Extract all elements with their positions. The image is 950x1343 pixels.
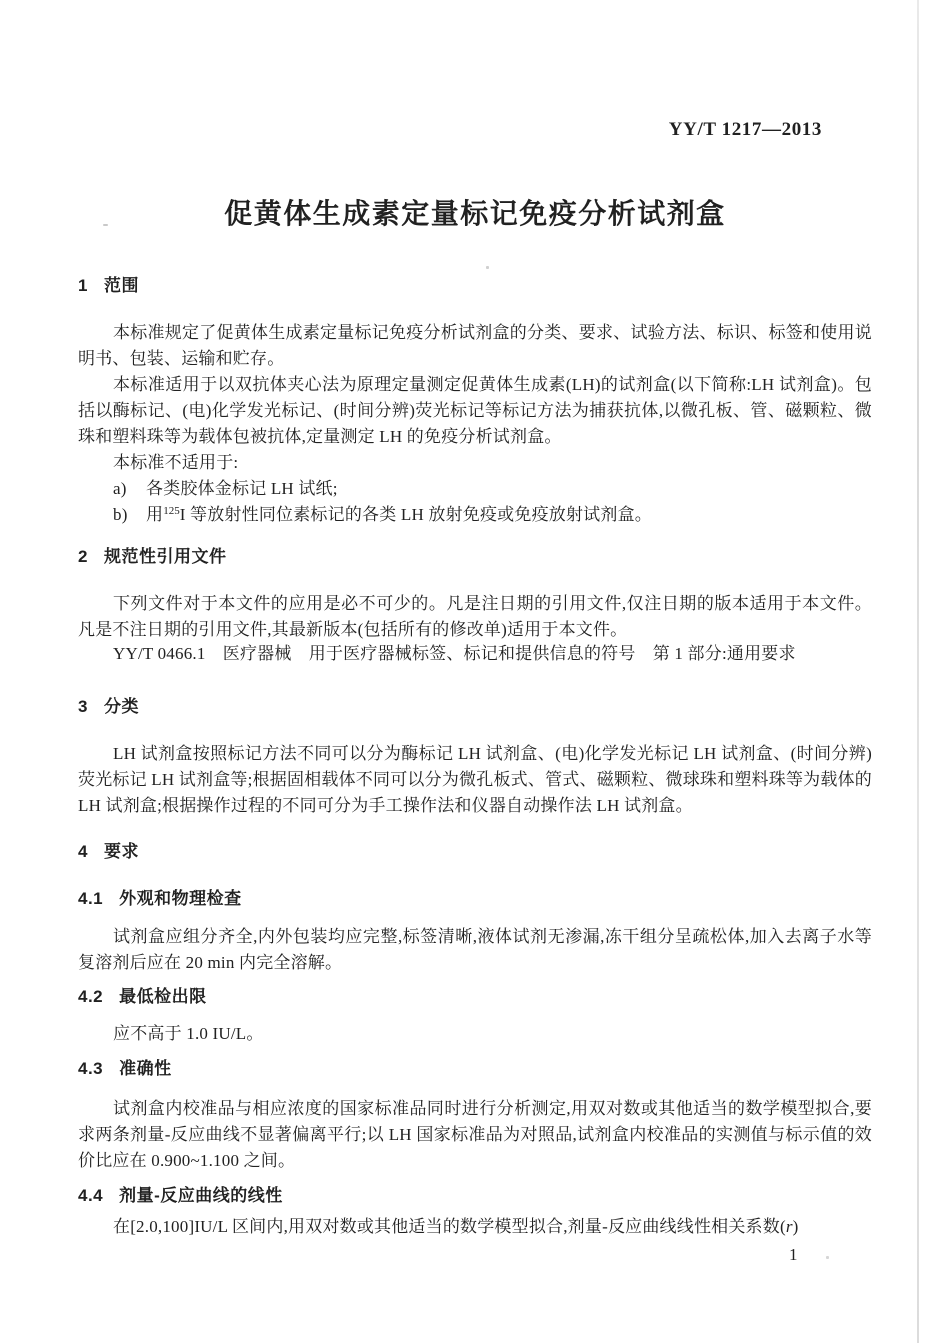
clause-number: 4.3 <box>78 1059 103 1078</box>
clause-number: 4 <box>78 842 88 861</box>
scan-artifact-line <box>917 0 919 1343</box>
section-4-4-heading: 4.4剂量-反应曲线的线性 <box>78 1183 872 1209</box>
italic-r-symbol: r <box>786 1217 793 1236</box>
scan-speck <box>486 266 489 269</box>
section-4-1-paragraph: 试剂盒应组分齐全,内外包装均应完整,标签清晰,液体试剂无渗漏,冻干组分呈疏松体,… <box>78 924 872 976</box>
page-number: 1 <box>789 1242 798 1268</box>
list-item-b: b)用125I 等放射性同位素标记的各类 LH 放射免疫或免疫放射试剂盒。 <box>78 502 907 528</box>
clause-title: 剂量-反应曲线的线性 <box>119 1186 283 1205</box>
scan-speck <box>826 1256 829 1259</box>
section-3-heading: 3分类 <box>78 694 872 720</box>
section-4-4-paragraph: 在[2.0,100]IU/L 区间内,用双对数或其他适当的数学模型拟合,剂量-反… <box>78 1214 872 1240</box>
list-item-a-text: 各类胶体金标记 LH 试纸; <box>146 479 338 498</box>
clause-number: 4.1 <box>78 889 103 908</box>
section-4-3-heading: 4.3准确性 <box>78 1056 872 1082</box>
list-item-a-label: a) <box>113 476 146 502</box>
section-1-paragraph-2: 本标准适用于以双抗体夹心法为原理定量测定促黄体生成素(LH)的试剂盒(以下简称:… <box>78 372 872 450</box>
section-2-reference: YY/T 0466.1 医疗器械 用于医疗器械标签、标记和提供信息的符号 第 1… <box>78 641 872 667</box>
list-item-a: a)各类胶体金标记 LH 试纸; <box>78 476 907 502</box>
list-item-b-label: b) <box>113 502 146 528</box>
clause-number: 4.4 <box>78 1186 103 1205</box>
clause-number: 2 <box>78 547 88 566</box>
clause-title: 最低检出限 <box>119 987 207 1006</box>
doc-title: 促黄体生成素定量标记免疫分析试剂盒 <box>0 192 950 232</box>
document-page: YY/T 1217—2013 促黄体生成素定量标记免疫分析试剂盒 1范围 本标准… <box>0 0 950 1343</box>
clause-title: 范围 <box>104 276 139 295</box>
section-4-heading: 4要求 <box>78 839 872 865</box>
clause-number: 1 <box>78 276 88 295</box>
clause-title: 准确性 <box>119 1059 172 1078</box>
section-2-paragraph-1: 下列文件对于本文件的应用是必不可少的。凡是注日期的引用文件,仅注日期的版本适用于… <box>78 591 872 643</box>
list-item-b-text: 用125I 等放射性同位素标记的各类 LH 放射免疫或免疫放射试剂盒。 <box>146 505 652 524</box>
section-4-1-heading: 4.1外观和物理检查 <box>78 886 872 912</box>
clause-title: 要求 <box>104 842 139 861</box>
clause-number: 4.2 <box>78 987 103 1006</box>
section-1-paragraph-3: 本标准不适用于: <box>78 450 872 476</box>
section-3-paragraph-1: LH 试剂盒按照标记方法不同可以分为酶标记 LH 试剂盒、(电)化学发光标记 L… <box>78 741 872 819</box>
clause-title: 分类 <box>104 697 139 716</box>
section-2-heading: 2规范性引用文件 <box>78 544 872 570</box>
section-1-heading: 1范围 <box>78 273 872 299</box>
doc-code: YY/T 1217—2013 <box>669 119 822 141</box>
section-1-paragraph-1: 本标准规定了促黄体生成素定量标记免疫分析试剂盒的分类、要求、试验方法、标识、标签… <box>78 320 872 372</box>
clause-number: 3 <box>78 697 88 716</box>
isotope-superscript: 125 <box>163 505 180 517</box>
section-4-2-paragraph: 应不高于 1.0 IU/L。 <box>78 1021 872 1047</box>
section-4-3-paragraph: 试剂盒内校准品与相应浓度的国家标准品同时进行分析测定,用双对数或其他适当的数学模… <box>78 1096 872 1174</box>
clause-title: 规范性引用文件 <box>104 547 227 566</box>
section-4-2-heading: 4.2最低检出限 <box>78 984 872 1010</box>
scan-speck <box>103 224 108 226</box>
clause-title: 外观和物理检查 <box>119 889 242 908</box>
